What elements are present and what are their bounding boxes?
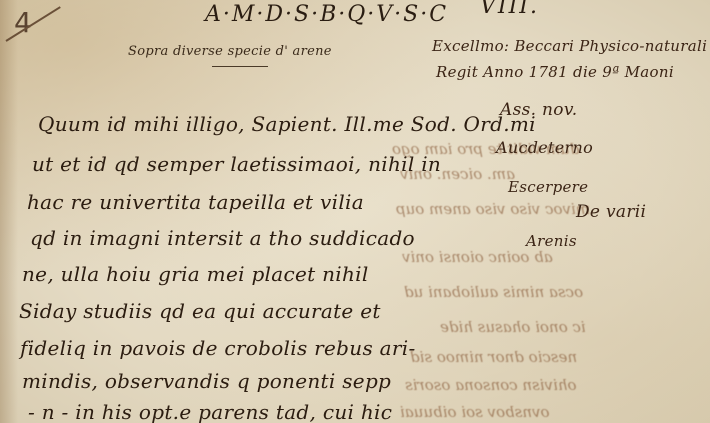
body-line: qd in imagni intersit a tho suddicado xyxy=(30,226,415,250)
body-line: mindis, observandis q ponenti sepp xyxy=(22,369,391,393)
header-roman-numeral: VIII. xyxy=(480,0,539,19)
body-line: Quum id mihi illigo, Sapient. Ill.me Sod… xyxy=(38,112,536,136)
subtitle-underline xyxy=(212,66,268,67)
right-column-line: Regit Anno 1781 die 9ª Maoni xyxy=(436,63,674,81)
right-annotation: Escerpere xyxy=(508,178,588,196)
right-annotation: Aucdeterno xyxy=(496,138,593,157)
body-line: ne, ulla hoiu gria mei placet nihil xyxy=(22,262,369,286)
bleed-through-line: ab ooinc oionsi oniv xyxy=(402,248,553,266)
body-line: fideliq in pavois de crobolis rebus ari- xyxy=(20,336,416,360)
right-annotation: De varii xyxy=(576,202,646,222)
manuscript-page: dum vidit te pro iam ogo am. oicen. oniv… xyxy=(0,0,710,423)
body-line: - n - in his opt.e parens tad, cui hic xyxy=(28,400,392,423)
bleed-through-line: mivoc viso viso anem oup xyxy=(396,200,590,218)
bleed-through-line: ic onoi ohasus hide xyxy=(440,318,586,336)
bleed-through-line: nescio dnor nimoo sid xyxy=(410,348,577,366)
bleed-through-line: ohivisn consona osoris xyxy=(405,376,577,394)
bleed-through-line: ovnsbov soi oibuuai xyxy=(400,403,550,421)
body-line: hac re univertita tapeilla et vilia xyxy=(27,190,364,214)
body-line: Siday studiis qd ea qui accurate et xyxy=(19,299,381,323)
bleed-through-line: ocsa nimis auliobani ud xyxy=(404,283,583,301)
header-invocation: A·M·D·S·B·Q·V·S·C xyxy=(205,2,448,27)
page-edge-shadow xyxy=(0,0,18,423)
right-column-line: Excellmo: Beccari Physico-naturali xyxy=(432,37,707,55)
right-annotation: Arenis xyxy=(526,232,577,250)
header-subtitle: Sopra diverse specie d' arene xyxy=(128,44,332,59)
body-line: ut et id qd semper laetissimaoi, nihil i… xyxy=(32,152,441,176)
